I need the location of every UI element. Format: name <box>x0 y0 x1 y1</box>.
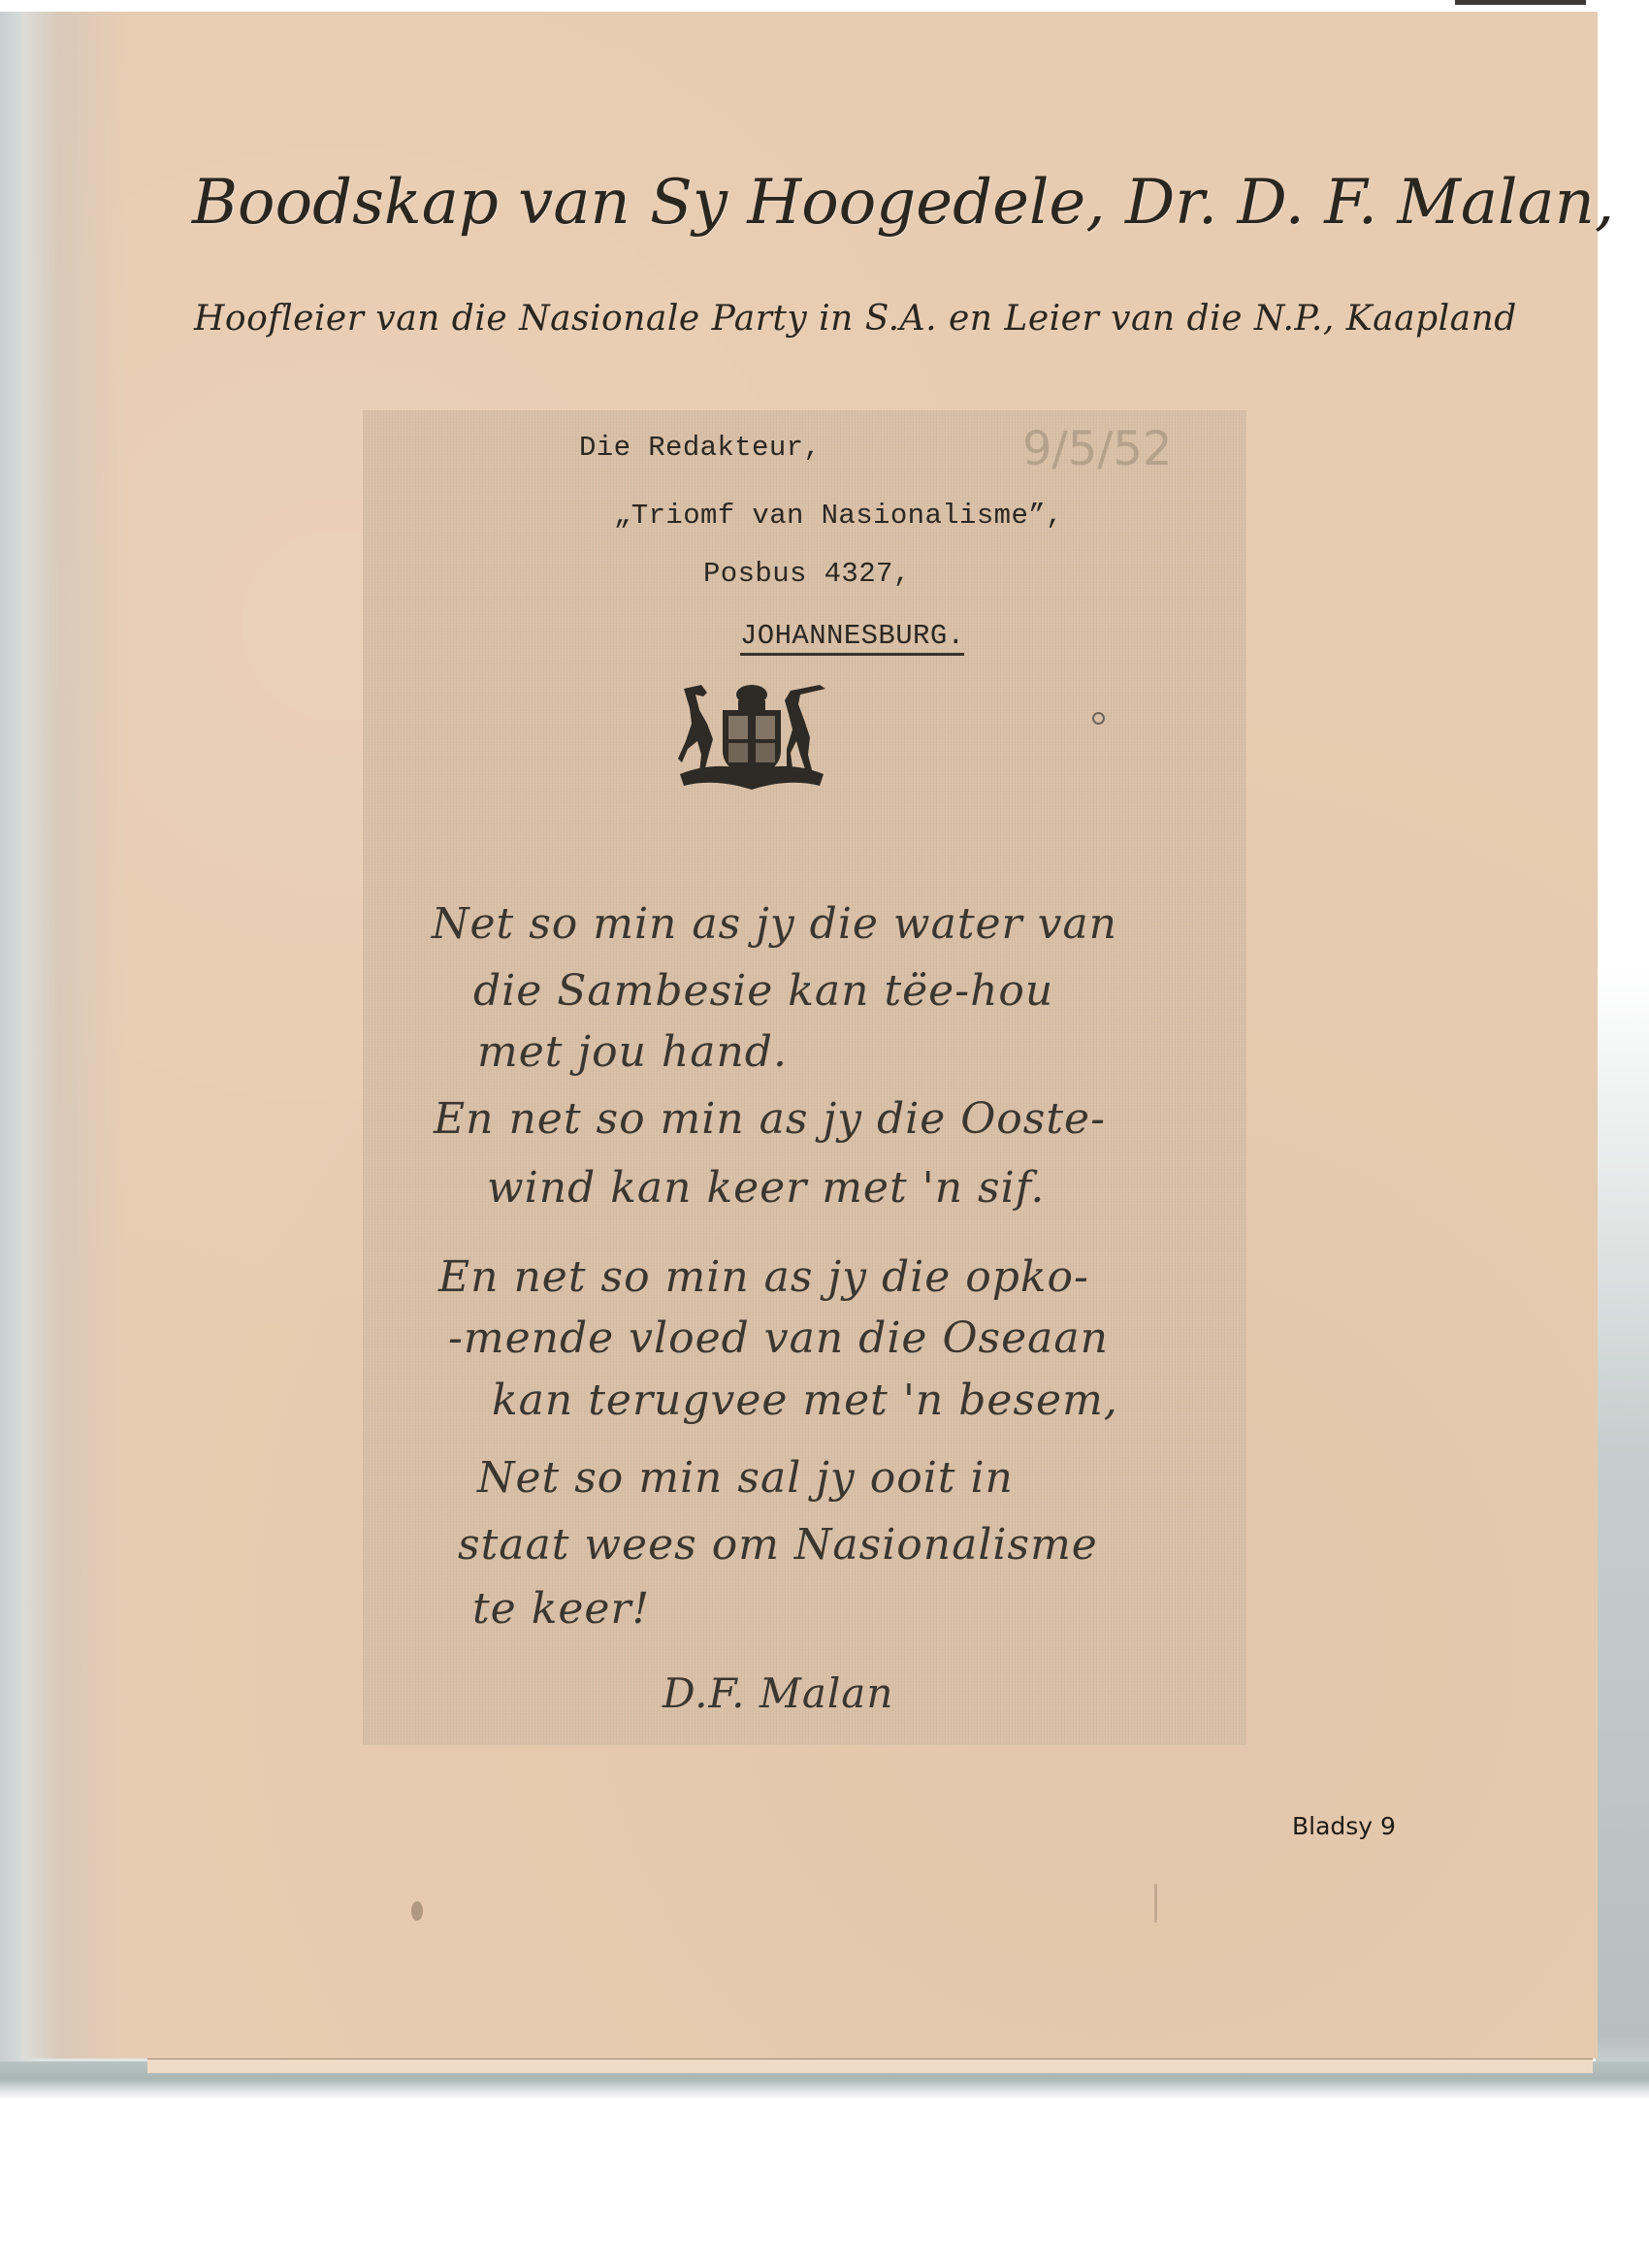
document-page: Boodskap van Sy Hoogedele, Dr. D. F. Mal… <box>21 12 1598 2058</box>
handwritten-line: En net so min as jy die opko- <box>438 1252 1089 1302</box>
handwritten-line: die Sambesie kan tëe-hou <box>473 966 1053 1016</box>
handwritten-line: met jou hand. <box>477 1027 788 1077</box>
handwritten-line: kan terugvee met 'n besem, <box>492 1376 1118 1425</box>
coat-of-arms-icon <box>674 681 829 791</box>
binding-strip <box>1455 0 1586 5</box>
paper-crease <box>1154 1884 1157 1923</box>
letter-facsimile: 9/5/52 Die Redakteur, „Triomf van Nasion… <box>363 410 1246 1745</box>
handwritten-line: En net so min as jy die Ooste- <box>434 1094 1106 1144</box>
handwritten-line: -mende vloed van die Oseaan <box>448 1313 1109 1363</box>
sleeve-right-edge <box>1596 0 1649 2095</box>
address-line-publication: „Triomf van Nasionalisme”, <box>614 500 1063 532</box>
signature: D.F. Malan <box>663 1669 893 1717</box>
circle-mark <box>1092 712 1105 725</box>
handwritten-line: wind kan keer met 'n sif. <box>487 1163 1045 1213</box>
page-title: Boodskap van Sy Hoogedele, Dr. D. F. Mal… <box>192 167 1424 239</box>
address-line-city: JOHANNESBURG. <box>740 620 964 656</box>
page-bottom-edge <box>147 2058 1593 2073</box>
handwritten-line: Net so min as jy die water van <box>432 899 1117 949</box>
page-subtitle: Hoofleier van die Nasionale Party in S.A… <box>194 299 1416 339</box>
address-line-editor: Die Redakteur, <box>579 432 821 464</box>
page-left-shadow <box>21 12 128 2058</box>
paper-stain <box>411 1901 423 1921</box>
handwritten-line: staat wees om Nasionalisme <box>458 1520 1098 1570</box>
page-number: Bladsy 9 <box>1292 1812 1396 1840</box>
handwritten-line: te keer! <box>472 1584 650 1634</box>
address-line-pobox: Posbus 4327, <box>703 558 911 590</box>
handwritten-line: Net so min sal jy ooit in <box>477 1453 1014 1503</box>
pencil-annotation: 9/5/52 <box>1022 422 1173 476</box>
